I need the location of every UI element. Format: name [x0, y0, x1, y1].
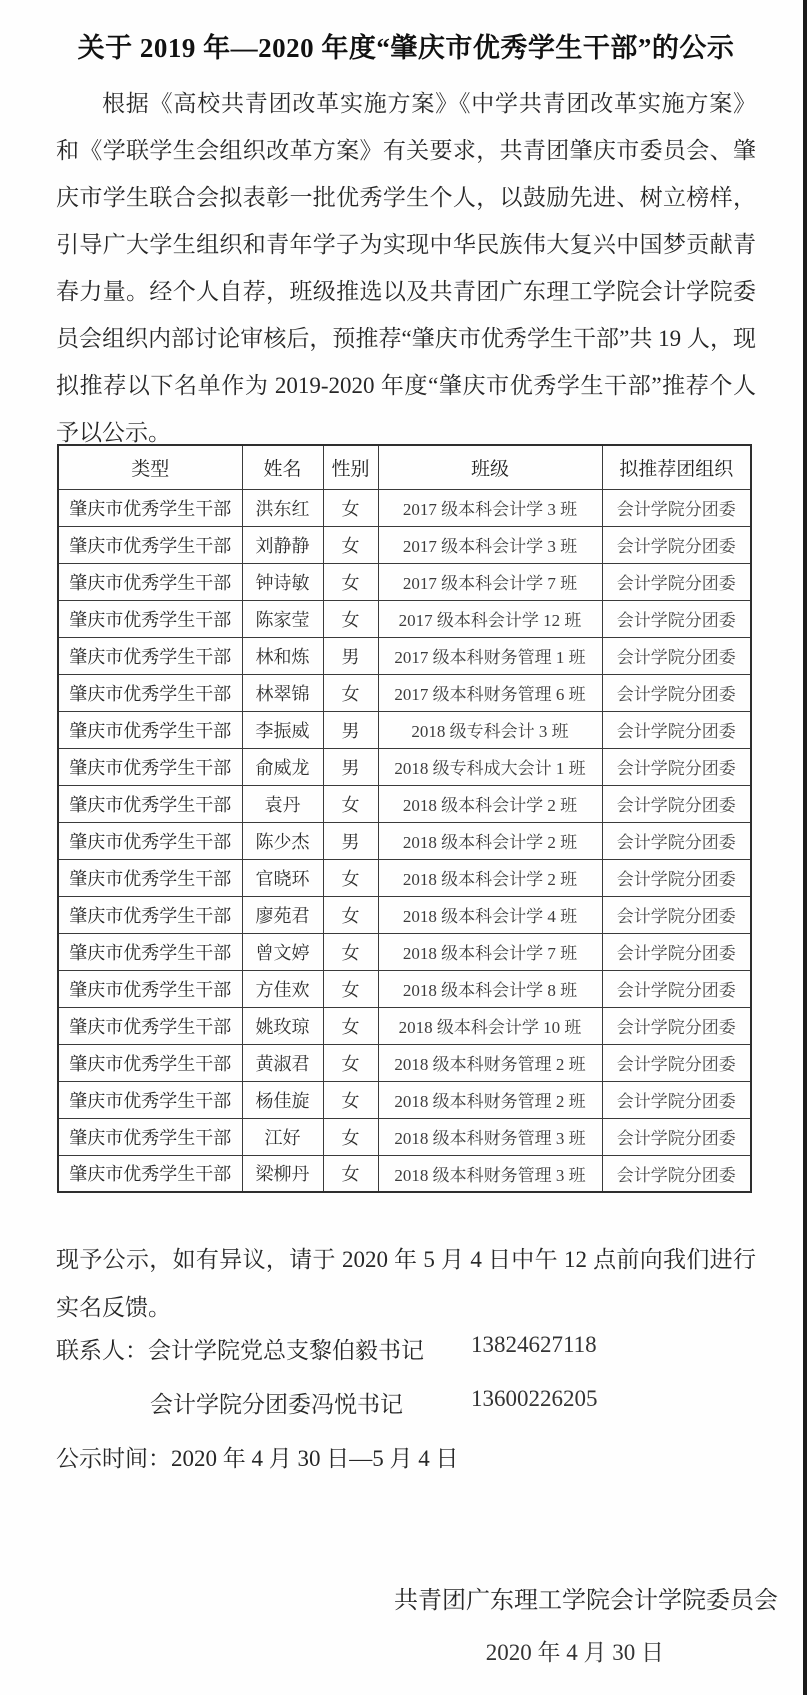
cell-class: 2018 级本科会计学 7 班 — [378, 933, 602, 970]
cell-class: 2017 级本科会计学 12 班 — [378, 600, 602, 637]
cell-name: 林和炼 — [242, 637, 323, 674]
contact-label-2: 会计学院分团委冯悦书记 — [150, 1386, 403, 1419]
publicity-period: 公示时间：2020 年 4 月 30 日—5 月 4 日 — [56, 1440, 756, 1473]
table-body: 肇庆市优秀学生干部洪东红女2017 级本科会计学 3 班会计学院分团委肇庆市优秀… — [58, 489, 751, 1192]
cell-name: 官晓环 — [242, 859, 323, 896]
cell-gender: 女 — [323, 896, 378, 933]
cell-type: 肇庆市优秀学生干部 — [58, 1044, 242, 1081]
cell-name: 林翠锦 — [242, 674, 323, 711]
contact-phone-1: 13824627118 — [471, 1332, 597, 1358]
cell-name: 袁丹 — [242, 785, 323, 822]
cell-org: 会计学院分团委 — [602, 526, 751, 563]
cell-name: 杨佳旋 — [242, 1081, 323, 1118]
cell-org: 会计学院分团委 — [602, 489, 751, 526]
table-row: 肇庆市优秀学生干部刘静静女2017 级本科会计学 3 班会计学院分团委 — [58, 526, 751, 563]
cell-class: 2018 级本科会计学 8 班 — [378, 970, 602, 1007]
cell-class: 2018 级本科财务管理 2 班 — [378, 1044, 602, 1081]
table-header-row: 类型 姓名 性别 班级 拟推荐团组织 — [58, 445, 751, 489]
cell-type: 肇庆市优秀学生干部 — [58, 674, 242, 711]
cell-type: 肇庆市优秀学生干部 — [58, 1081, 242, 1118]
cell-org: 会计学院分团委 — [602, 674, 751, 711]
table-row: 肇庆市优秀学生干部姚玫琼女2018 级本科会计学 10 班会计学院分团委 — [58, 1007, 751, 1044]
cell-name: 陈少杰 — [242, 822, 323, 859]
cell-org: 会计学院分团委 — [602, 711, 751, 748]
cell-type: 肇庆市优秀学生干部 — [58, 600, 242, 637]
cell-class: 2018 级本科财务管理 2 班 — [378, 1081, 602, 1118]
cell-gender: 女 — [323, 859, 378, 896]
cell-type: 肇庆市优秀学生干部 — [58, 1155, 242, 1192]
cell-org: 会计学院分团委 — [602, 1044, 751, 1081]
cell-class: 2017 级本科会计学 7 班 — [378, 563, 602, 600]
contact-line-2: 会计学院分团委冯悦书记 13600226205 — [0, 1386, 808, 1420]
cell-type: 肇庆市优秀学生干部 — [58, 526, 242, 563]
cell-gender: 女 — [323, 1007, 378, 1044]
cell-class: 2017 级本科财务管理 6 班 — [378, 674, 602, 711]
cell-name: 廖苑君 — [242, 896, 323, 933]
cell-class: 2018 级本科会计学 2 班 — [378, 822, 602, 859]
cell-gender: 男 — [323, 637, 378, 674]
cell-type: 肇庆市优秀学生干部 — [58, 489, 242, 526]
column-header-class: 班级 — [378, 445, 602, 489]
cell-org: 会计学院分团委 — [602, 970, 751, 1007]
cell-gender: 女 — [323, 1044, 378, 1081]
cell-type: 肇庆市优秀学生干部 — [58, 1118, 242, 1155]
table-row: 肇庆市优秀学生干部洪东红女2017 级本科会计学 3 班会计学院分团委 — [58, 489, 751, 526]
cell-gender: 女 — [323, 489, 378, 526]
cell-class: 2018 级本科会计学 4 班 — [378, 896, 602, 933]
cell-name: 黄淑君 — [242, 1044, 323, 1081]
cell-type: 肇庆市优秀学生干部 — [58, 859, 242, 896]
cell-org: 会计学院分团委 — [602, 859, 751, 896]
column-header-gender: 性别 — [323, 445, 378, 489]
signature-date: 2020 年 4 月 30 日 — [0, 1634, 664, 1667]
table-row: 肇庆市优秀学生干部曾文婷女2018 级本科会计学 7 班会计学院分团委 — [58, 933, 751, 970]
cell-gender: 女 — [323, 563, 378, 600]
cell-name: 曾文婷 — [242, 933, 323, 970]
scan-edge-artifact — [803, 0, 807, 1695]
table-row: 肇庆市优秀学生干部梁柳丹女2018 级本科财务管理 3 班会计学院分团委 — [58, 1155, 751, 1192]
cell-type: 肇庆市优秀学生干部 — [58, 748, 242, 785]
contact-phone-2: 13600226205 — [471, 1386, 598, 1412]
cell-name: 江好 — [242, 1118, 323, 1155]
table-row: 肇庆市优秀学生干部林翠锦女2017 级本科财务管理 6 班会计学院分团委 — [58, 674, 751, 711]
table-row: 肇庆市优秀学生干部江好女2018 级本科财务管理 3 班会计学院分团委 — [58, 1118, 751, 1155]
table-row: 肇庆市优秀学生干部林和炼男2017 级本科财务管理 1 班会计学院分团委 — [58, 637, 751, 674]
cell-gender: 女 — [323, 600, 378, 637]
cell-name: 俞威龙 — [242, 748, 323, 785]
cell-name: 李振威 — [242, 711, 323, 748]
cell-org: 会计学院分团委 — [602, 1118, 751, 1155]
signature-organization: 共青团广东理工学院会计学院委员会 — [0, 1580, 778, 1615]
contact-label-1: 联系人：会计学院党总支黎伯毅书记 — [56, 1332, 424, 1365]
cell-class: 2018 级专科会计 3 班 — [378, 711, 602, 748]
column-header-name: 姓名 — [242, 445, 323, 489]
cell-type: 肇庆市优秀学生干部 — [58, 1007, 242, 1044]
table-row: 肇庆市优秀学生干部廖苑君女2018 级本科会计学 4 班会计学院分团委 — [58, 896, 751, 933]
cell-type: 肇庆市优秀学生干部 — [58, 563, 242, 600]
cell-name: 方佳欢 — [242, 970, 323, 1007]
cell-type: 肇庆市优秀学生干部 — [58, 785, 242, 822]
table-row: 肇庆市优秀学生干部陈家莹女2017 级本科会计学 12 班会计学院分团委 — [58, 600, 751, 637]
cell-type: 肇庆市优秀学生干部 — [58, 822, 242, 859]
cell-org: 会计学院分团委 — [602, 785, 751, 822]
cell-org: 会计学院分团委 — [602, 933, 751, 970]
table-row: 肇庆市优秀学生干部钟诗敏女2017 级本科会计学 7 班会计学院分团委 — [58, 563, 751, 600]
table-row: 肇庆市优秀学生干部杨佳旋女2018 级本科财务管理 2 班会计学院分团委 — [58, 1081, 751, 1118]
cell-class: 2018 级本科会计学 2 班 — [378, 785, 602, 822]
cell-org: 会计学院分团委 — [602, 822, 751, 859]
table-row: 肇庆市优秀学生干部官晓环女2018 级本科会计学 2 班会计学院分团委 — [58, 859, 751, 896]
cell-gender: 女 — [323, 1118, 378, 1155]
feedback-notice: 现予公示，如有异议，请于 2020 年 5 月 4 日中午 12 点前向我们进行… — [56, 1236, 756, 1332]
cell-class: 2018 级本科财务管理 3 班 — [378, 1155, 602, 1192]
cell-gender: 男 — [323, 822, 378, 859]
column-header-type: 类型 — [58, 445, 242, 489]
cell-gender: 女 — [323, 526, 378, 563]
table-row: 肇庆市优秀学生干部李振威男2018 级专科会计 3 班会计学院分团委 — [58, 711, 751, 748]
cell-gender: 男 — [323, 748, 378, 785]
cell-gender: 男 — [323, 711, 378, 748]
cell-org: 会计学院分团委 — [602, 748, 751, 785]
table-row: 肇庆市优秀学生干部方佳欢女2018 级本科会计学 8 班会计学院分团委 — [58, 970, 751, 1007]
intro-paragraph: 根据《高校共青团改革实施方案》《中学共青团改革实施方案》和《学联学生会组织改革方… — [56, 80, 756, 456]
cell-org: 会计学院分团委 — [602, 1081, 751, 1118]
page-title: 关于 2019 年—2020 年度“肇庆市优秀学生干部”的公示 — [56, 26, 756, 65]
cell-org: 会计学院分团委 — [602, 1155, 751, 1192]
cell-org: 会计学院分团委 — [602, 600, 751, 637]
table-row: 肇庆市优秀学生干部陈少杰男2018 级本科会计学 2 班会计学院分团委 — [58, 822, 751, 859]
cell-org: 会计学院分团委 — [602, 1007, 751, 1044]
cell-type: 肇庆市优秀学生干部 — [58, 637, 242, 674]
cell-name: 洪东红 — [242, 489, 323, 526]
cell-org: 会计学院分团委 — [602, 637, 751, 674]
cell-org: 会计学院分团委 — [602, 563, 751, 600]
cell-gender: 女 — [323, 970, 378, 1007]
cell-class: 2018 级本科会计学 10 班 — [378, 1007, 602, 1044]
table-row: 肇庆市优秀学生干部黄淑君女2018 级本科财务管理 2 班会计学院分团委 — [58, 1044, 751, 1081]
cell-name: 陈家莹 — [242, 600, 323, 637]
cell-name: 钟诗敏 — [242, 563, 323, 600]
cell-type: 肇庆市优秀学生干部 — [58, 970, 242, 1007]
cell-class: 2017 级本科会计学 3 班 — [378, 489, 602, 526]
cell-gender: 女 — [323, 1155, 378, 1192]
cell-class: 2017 级本科财务管理 1 班 — [378, 637, 602, 674]
cell-type: 肇庆市优秀学生干部 — [58, 933, 242, 970]
cell-class: 2018 级专科成大会计 1 班 — [378, 748, 602, 785]
cell-name: 刘静静 — [242, 526, 323, 563]
cell-type: 肇庆市优秀学生干部 — [58, 711, 242, 748]
cell-gender: 女 — [323, 674, 378, 711]
cell-gender: 女 — [323, 785, 378, 822]
column-header-org: 拟推荐团组织 — [602, 445, 751, 489]
cell-class: 2018 级本科会计学 2 班 — [378, 859, 602, 896]
cell-org: 会计学院分团委 — [602, 896, 751, 933]
cell-name: 姚玫琼 — [242, 1007, 323, 1044]
cell-name: 梁柳丹 — [242, 1155, 323, 1192]
cell-type: 肇庆市优秀学生干部 — [58, 896, 242, 933]
table-row: 肇庆市优秀学生干部俞威龙男2018 级专科成大会计 1 班会计学院分团委 — [58, 748, 751, 785]
cell-class: 2018 级本科财务管理 3 班 — [378, 1118, 602, 1155]
table-row: 肇庆市优秀学生干部袁丹女2018 级本科会计学 2 班会计学院分团委 — [58, 785, 751, 822]
contact-line-1: 联系人：会计学院党总支黎伯毅书记 13824627118 — [0, 1332, 808, 1366]
cell-gender: 女 — [323, 1081, 378, 1118]
cell-class: 2017 级本科会计学 3 班 — [378, 526, 602, 563]
cell-gender: 女 — [323, 933, 378, 970]
document-page: 关于 2019 年—2020 年度“肇庆市优秀学生干部”的公示 根据《高校共青团… — [0, 0, 808, 1695]
honoree-table: 类型 姓名 性别 班级 拟推荐团组织 肇庆市优秀学生干部洪东红女2017 级本科… — [57, 444, 752, 1193]
